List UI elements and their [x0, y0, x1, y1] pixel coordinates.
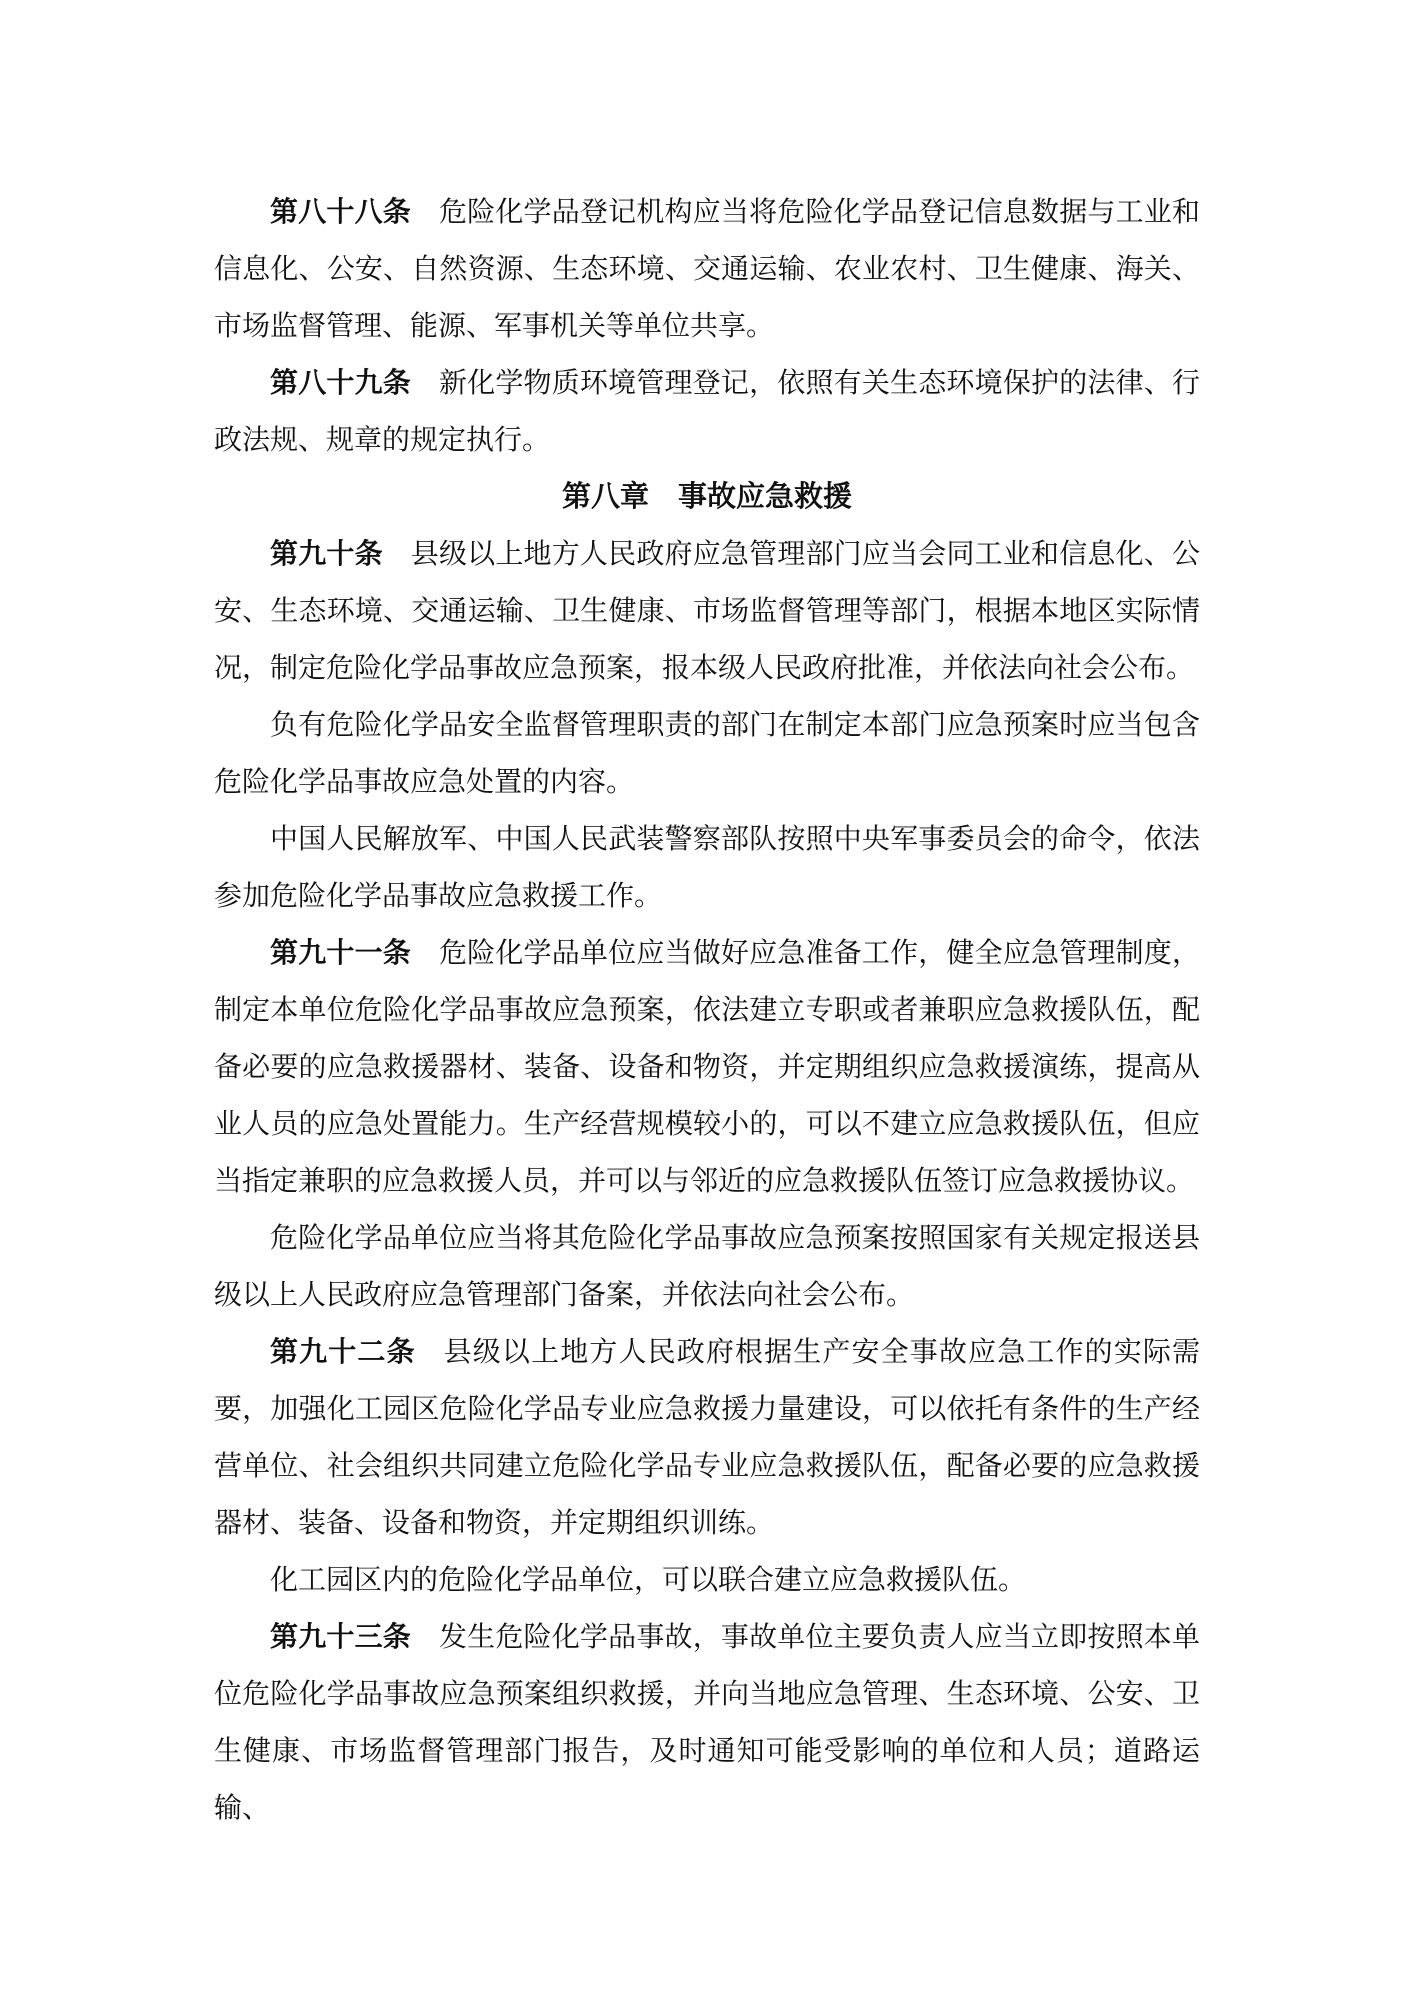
article-91-number: 第九十一条	[270, 936, 411, 969]
paragraph-article-91: 第九十一条危险化学品单位应当做好应急准备工作，健全应急管理制度，制定本单位危险化…	[214, 924, 1200, 1209]
paragraph-article-93: 第九十三条发生危险化学品事故，事故单位主要负责人应当立即按照本单位危险化学品事故…	[214, 1608, 1200, 1836]
paragraph-article-90: 第九十条县级以上地方人民政府应急管理部门应当会同工业和信息化、公安、生态环境、交…	[214, 525, 1200, 696]
paragraph-article-92-clause-2: 化工园区内的危险化学品单位，可以联合建立应急救援队伍。	[214, 1551, 1200, 1608]
chapter-heading: 第八章事故应急救援	[214, 468, 1200, 525]
paragraph-article-91-clause-2: 危险化学品单位应当将其危险化学品事故应急预案按照国家有关规定报送县级以上人民政府…	[214, 1209, 1200, 1323]
paragraph-article-90-clause-3: 中国人民解放军、中国人民武装警察部队按照中央军事委员会的命令，依法参加危险化学品…	[214, 810, 1200, 924]
article-92-clause-2-text: 化工园区内的危险化学品单位，可以联合建立应急救援队伍。	[270, 1563, 1026, 1596]
article-90-clause-2-text: 负有危险化学品安全监督管理职责的部门在制定本部门应急预案时应当包含危险化学品事故…	[214, 708, 1200, 798]
article-91-clause-2-text: 危险化学品单位应当将其危险化学品事故应急预案按照国家有关规定报送县级以上人民政府…	[214, 1221, 1200, 1311]
paragraph-article-90-clause-2: 负有危险化学品安全监督管理职责的部门在制定本部门应急预案时应当包含危险化学品事故…	[214, 696, 1200, 810]
document-page: 第八十八条危险化学品登记机构应当将危险化学品登记信息数据与工业和信息化、公安、自…	[0, 0, 1414, 2000]
paragraph-article-92: 第九十二条县级以上地方人民政府根据生产安全事故应急工作的实际需要，加强化工园区危…	[214, 1323, 1200, 1551]
article-92-number: 第九十二条	[270, 1335, 416, 1368]
chapter-number: 第八章	[562, 479, 649, 513]
article-89-number: 第八十九条	[270, 366, 411, 399]
article-90-number: 第九十条	[270, 537, 383, 570]
paragraph-article-89: 第八十九条新化学物质环境管理登记，依照有关生态环境保护的法律、行政法规、规章的规…	[214, 354, 1200, 468]
article-91-text: 危险化学品单位应当做好应急准备工作，健全应急管理制度，制定本单位危险化学品事故应…	[214, 936, 1200, 1197]
document-content: 第八十八条危险化学品登记机构应当将危险化学品登记信息数据与工业和信息化、公安、自…	[0, 0, 1414, 1836]
chapter-title: 事故应急救援	[678, 479, 852, 513]
article-93-number: 第九十三条	[270, 1620, 411, 1653]
paragraph-article-88: 第八十八条危险化学品登记机构应当将危险化学品登记信息数据与工业和信息化、公安、自…	[214, 183, 1200, 354]
article-88-number: 第八十八条	[270, 195, 411, 228]
article-90-clause-3-text: 中国人民解放军、中国人民武装警察部队按照中央军事委员会的命令，依法参加危险化学品…	[214, 822, 1200, 912]
